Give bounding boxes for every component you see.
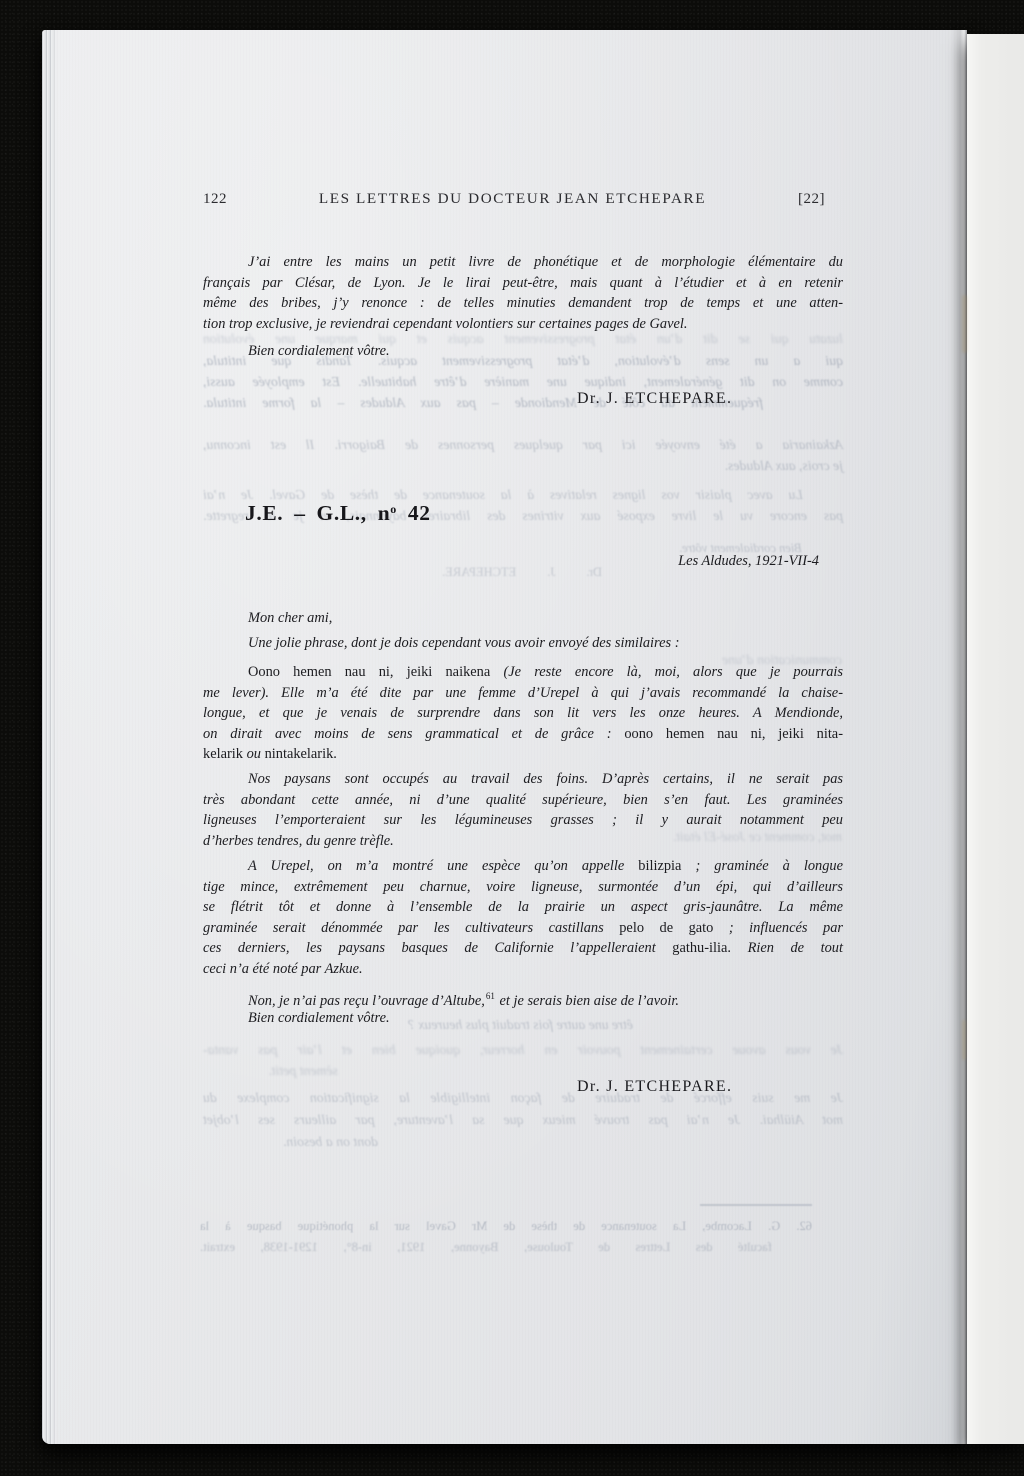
showthrough-line: comme on dit généralement, indique une m… [203,372,843,392]
text-line: J’ai entre les mains un petit livre de p… [203,252,843,273]
letter-salutation: Mon cher ami, [248,608,548,629]
showthrough-line: dont on a besoin. [203,1132,378,1152]
letter-heading-number: 42 [397,501,431,525]
text-line: très abondant cette année, ni d’une qual… [203,790,843,811]
text-line: on dirait avec moins de sens grammatical… [203,724,843,745]
showthrough-line: 62. G. Lacombe, La soutenance de thèse d… [200,1216,812,1236]
text-line: tige mince, extrêmement peu charnue, voi… [203,877,843,898]
page-edge-stack [42,30,58,1444]
paper-flaw-mark [962,295,967,353]
text-line: me lever). Elle m’a été dite par une fem… [203,683,843,704]
intro-letter-paragraph: J’ai entre les mains un petit livre de p… [203,252,843,334]
text-line: Oono hemen nau ni, jeiki naikena (Je res… [203,662,843,683]
showthrough-line: Azkainaria a été envoyée ici par quelque… [203,435,843,455]
showthrough-line: je crois, aux Aldudes. [623,456,843,476]
letter-paragraph: A Urepel, on m’a montré une espèce qu’on… [203,856,843,980]
text-line: français par Clésar, de Lyon. Je le lira… [203,273,843,294]
next-page-edge [967,34,1024,1444]
showthrough-line: faculté des Lettres de Toulouse, Bayonne… [200,1237,772,1257]
letter-dateline: Les Aldudes, 1921-VII-4 [203,551,843,572]
showthrough-line: sèment petit. [203,1061,338,1081]
letter-closing: Bien cordialement vôtre. [248,1008,648,1029]
letter-heading-sup: o [390,502,397,516]
intro-letter-signature: Dr. J. ETCHEPARE. [577,390,837,408]
letter-heading: J.E. – G.L., no 42 [245,501,665,526]
book-page: luzatu qui se dit d’un état progressivem… [42,30,967,1444]
text-line: ceci n’a été noté par Azkue. [203,959,843,980]
text-line: A Urepel, on m’a montré une espèce qu’on… [203,856,843,877]
page-number: 122 [203,191,227,208]
letter-paragraph: Nos paysans sont occupés au travail des … [203,769,843,851]
issue-number: [22] [798,191,825,208]
page-header: 122 LES LETTRES DU DOCTEUR JEAN ETCHEPAR… [203,190,825,208]
letter-paragraph: Une jolie phrase, dont je dois cependant… [203,633,843,654]
text-line: même des bribes, j’y renonce : de telles… [203,293,843,314]
showthrough-line: Je vous avoue certainement pouvoir en ho… [203,1040,843,1060]
text-line: graminée serait dénommée par les cultiva… [203,918,843,939]
text-line: kelarik ou nintakelarik. [203,744,843,765]
screenshot-root: { "colors":{ "background":"#0c0c0a","pap… [0,0,1024,1476]
letter-heading-main: J.E. – G.L., n [245,501,390,525]
text-line: ces derniers, les paysans basques de Cal… [203,938,843,959]
running-title: LES LETTRES DU DOCTEUR JEAN ETCHEPARE [319,190,706,208]
text-line: se flétrit tôt et donne à l’ensemble de … [203,897,843,918]
text-line: Une jolie phrase, dont je dois cependant… [203,633,843,654]
text-line: d’herbes tendres, du genre trèfle. [203,831,843,852]
intro-letter-closing: Bien cordialement vôtre. [248,341,648,362]
showthrough-line: mot Aiülhai. Je n’ai pas trouvé mieux qu… [203,1110,843,1130]
text-line: ligneuses l’emporteraient sur les légumi… [203,810,843,831]
text-line: Nos paysans sont occupés au travail des … [203,769,843,790]
showthrough-footnote-rule [700,1204,812,1206]
text-line: tion trop exclusive, je reviendrai cepen… [203,314,843,335]
text-line: longue, et que je venais de surprendre d… [203,703,843,724]
letter-paragraph: Oono hemen nau ni, jeiki naikena (Je res… [203,662,843,765]
paper-flaw-mark [962,1020,966,1060]
letter-signature: Dr. J. ETCHEPARE. [577,1078,837,1096]
